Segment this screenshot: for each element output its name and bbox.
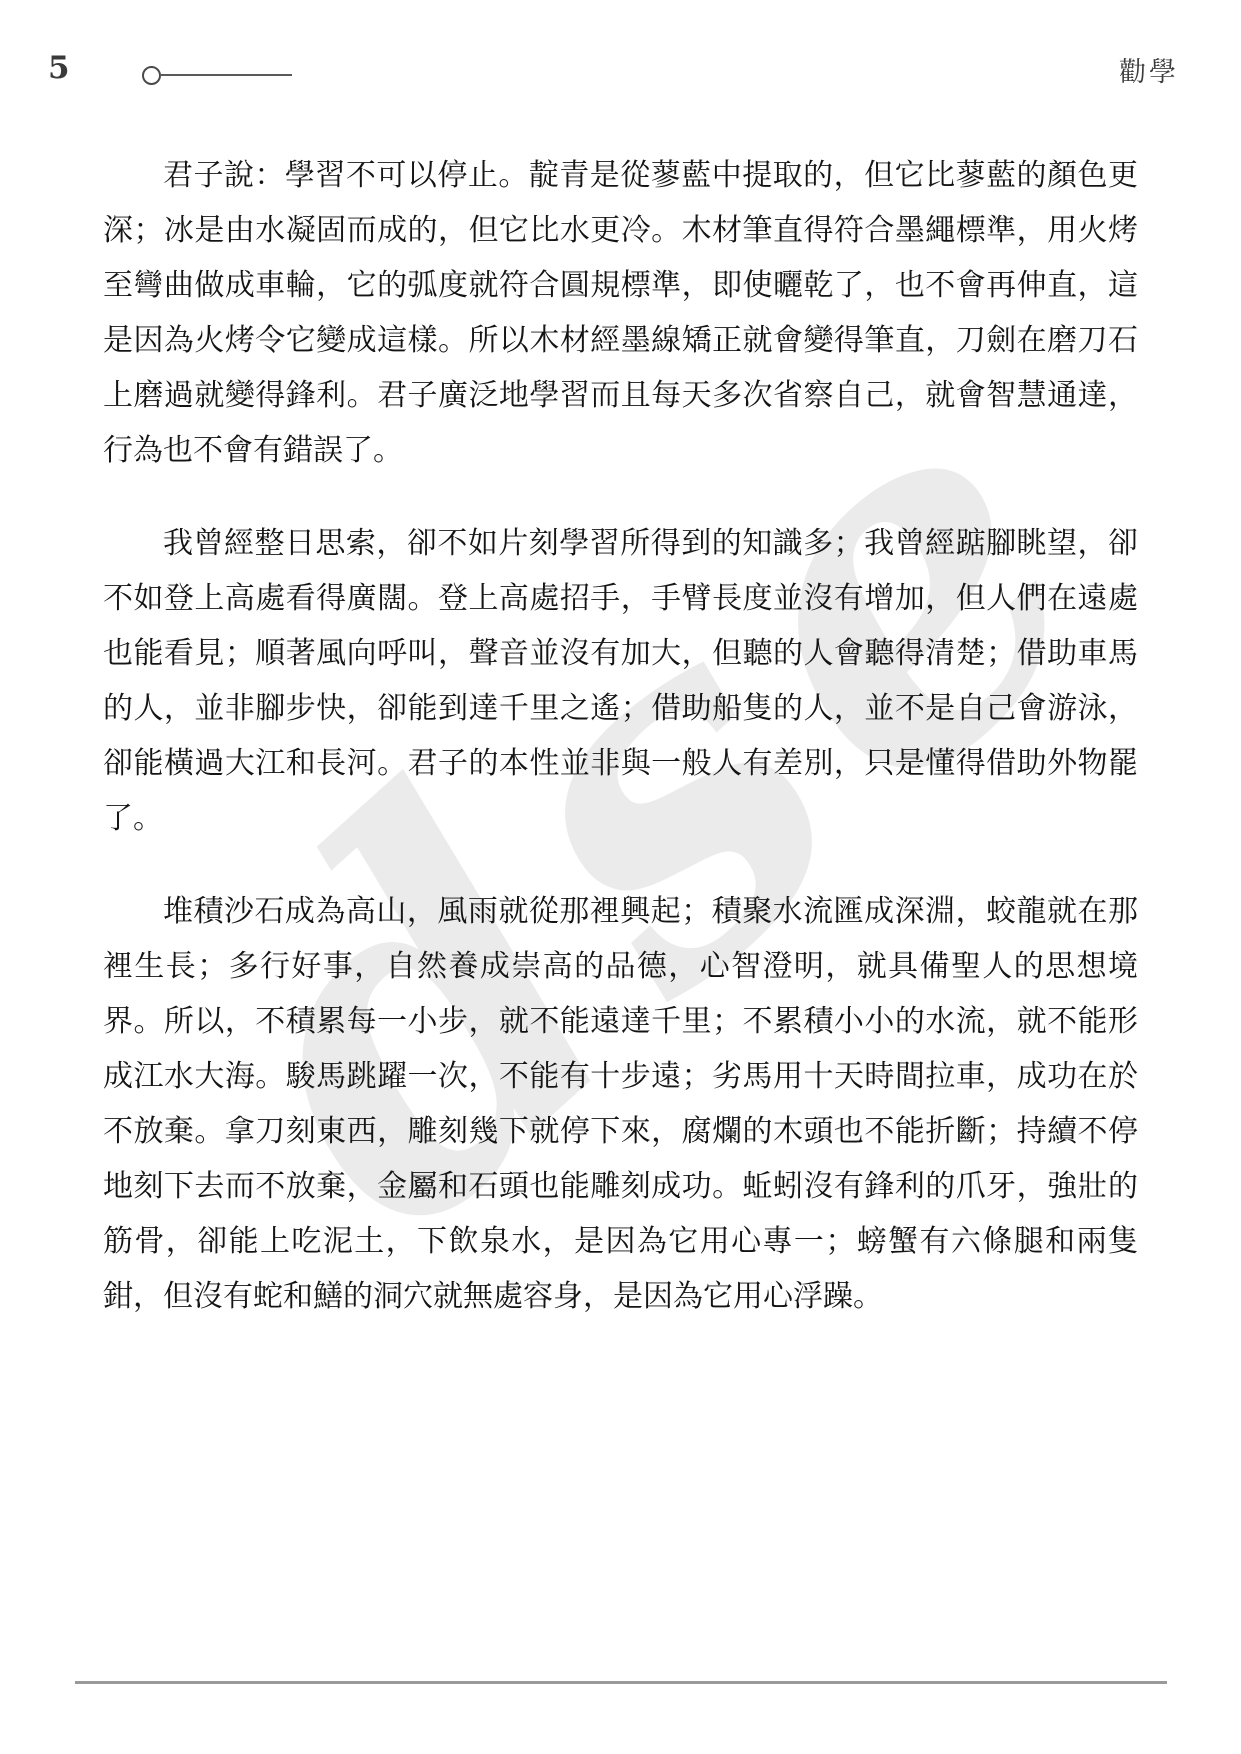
paragraph-3: 堆積沙石成為高山，風雨就從那裡興起；積聚水流匯成深淵，蛟龍就在那裡生長；多行好事… [103,884,1138,1324]
header-rule-line [160,74,292,76]
paragraph-2: 我曾經整日思索，卻不如片刻學習所得到的知識多；我曾經踮腳眺望，卻不如登上高處看得… [103,516,1138,846]
document-page: dse 5 勸學 君子說：學習不可以停止。靛青是從蓼藍中提取的，但它比蓼藍的顏色… [0,0,1241,1754]
footer-divider [75,1681,1167,1684]
translation-text: 君子說：學習不可以停止。靛青是從蓼藍中提取的，但它比蓼藍的顏色更深；冰是由水凝固… [103,148,1138,1362]
page-number: 5 [48,50,70,86]
chapter-title: 勸學 [1119,50,1179,89]
header-rule-circle-icon [142,66,161,85]
paragraph-1: 君子說：學習不可以停止。靛青是從蓼藍中提取的，但它比蓼藍的顏色更深；冰是由水凝固… [103,148,1138,478]
header-rule [142,66,294,85]
